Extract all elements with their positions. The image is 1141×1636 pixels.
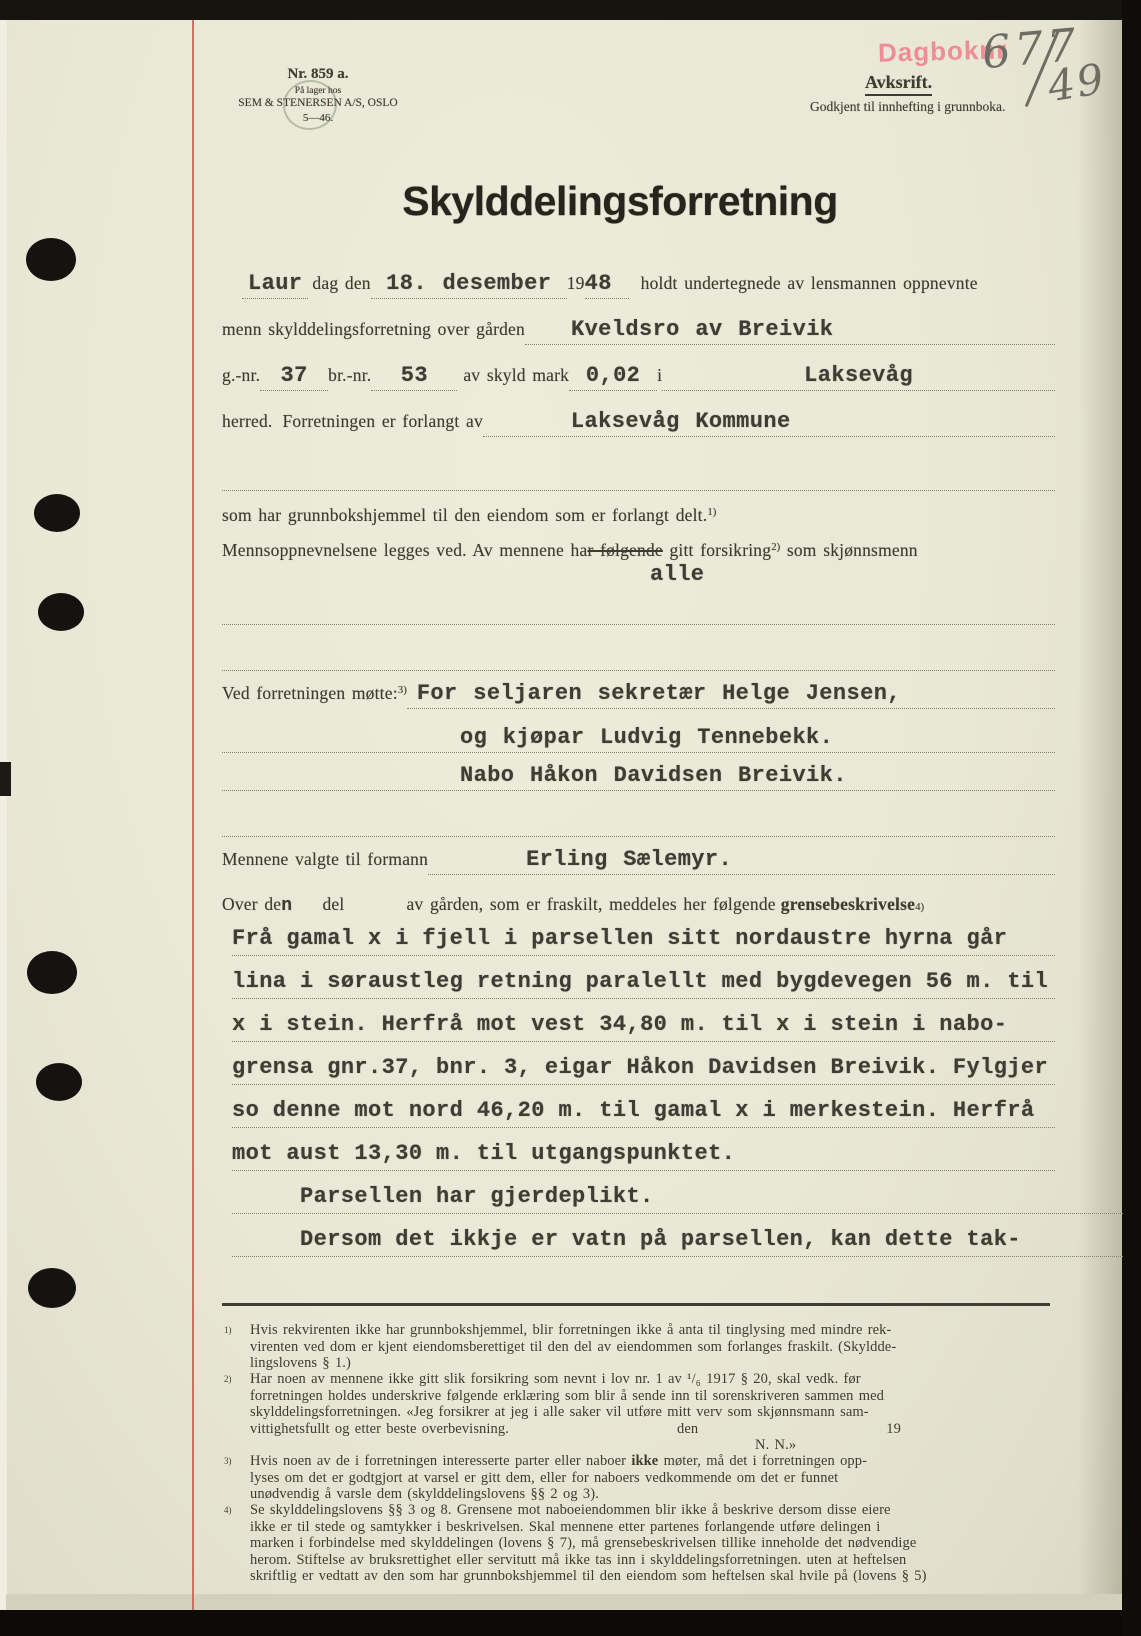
typed-foreman: Erling Sælemyr. bbox=[428, 848, 1055, 875]
footnote-line: skylddelingsforretningen. «Jeg forsikrer… bbox=[250, 1404, 1095, 1421]
punch-hole bbox=[26, 238, 76, 281]
printed-garden-label: menn skylddelingsforretning over gården bbox=[222, 319, 525, 340]
footnote-2-marker: 2) bbox=[224, 1371, 231, 1388]
footnote-separator bbox=[222, 1303, 1050, 1306]
document-title: Skylddelingsforretning bbox=[260, 178, 980, 225]
motte-text: Ved forretningen møtte: bbox=[222, 683, 398, 703]
typed-requester: Laksevåg Kommune bbox=[483, 410, 1055, 437]
footnote-line: ikke er til stede og samtykker i beskriv… bbox=[250, 1519, 1095, 1536]
binding-mark bbox=[0, 762, 11, 796]
footnote-ref-4: 4) bbox=[915, 901, 924, 913]
punch-hole bbox=[36, 1063, 82, 1101]
footnote-bold-ikke: ikke bbox=[631, 1453, 658, 1469]
typed-skyld-mark: 0,02 bbox=[569, 364, 657, 391]
footnote-1: 1) Hvis rekvirenten ikke har grunnbokshj… bbox=[222, 1322, 1095, 1372]
printed-formann-label: Mennene valgte til formann bbox=[222, 849, 428, 870]
typed-district: Laksevåg bbox=[662, 364, 1055, 391]
typed-correction-alle: alle bbox=[650, 562, 704, 587]
typed-weekday: Laur bbox=[242, 272, 308, 299]
form-row-foreman: Mennene valgte til formannErling Sælemyr… bbox=[222, 848, 1055, 875]
footnote-line: Hvis rekvirenten ikke har grunnbokshjemm… bbox=[250, 1322, 1095, 1339]
printed-motte-label: Ved forretningen møtte:3) bbox=[222, 683, 407, 704]
form-row-forsikring: Mennsoppnevnelsene legges ved. Av mennen… bbox=[222, 540, 1055, 561]
printed-forsikring-text: Mennsoppnevnelsene legges ved. Av mennen… bbox=[222, 540, 918, 561]
paper-left-edge bbox=[0, 20, 7, 1610]
blank-dotted-line bbox=[222, 644, 1055, 671]
punch-hole bbox=[38, 593, 84, 631]
paper-bottom-edge bbox=[6, 1594, 1122, 1610]
footnote-ref-3: 3) bbox=[398, 684, 407, 696]
footnote-text: møter, må det i forretningen opp- bbox=[658, 1453, 867, 1469]
punch-hole bbox=[27, 951, 77, 994]
boundary-line-3: x i stein. Herfrå mot vest 34,80 m. til … bbox=[232, 1012, 1055, 1042]
handwritten-dagbok-year: 49 bbox=[1045, 54, 1109, 111]
footnote-line: unødvendig å varsle dem (skylddelingslov… bbox=[250, 1486, 1095, 1503]
printed-dag-den: dag den bbox=[312, 273, 370, 294]
typed-year: 48 bbox=[585, 272, 629, 299]
typed-gnr: 37 bbox=[260, 364, 328, 391]
boundary-line-4: grensa gnr.37, bnr. 3, eigar Håkon David… bbox=[232, 1055, 1055, 1085]
typed-attendee-3: Nabo Håkon Davidsen Breivik. bbox=[222, 764, 1055, 791]
scan-bottom-bar bbox=[0, 1610, 1141, 1636]
footnote-19-label: 19 bbox=[886, 1421, 901, 1437]
boundary-line-2: lina i søraustleg retning paralellt med … bbox=[232, 969, 1055, 999]
footnote-4: 4) Se skylddelingslovens §§ 3 og 8. Gren… bbox=[222, 1502, 1095, 1585]
approval-note: Godkjent til innhefting i grunnboka. bbox=[810, 99, 1005, 115]
forsikring-mid: gitt forsikring bbox=[663, 540, 771, 560]
typed-date: 18. desember bbox=[371, 272, 567, 299]
form-row-grense-intro: Over dendelav gården, som er fraskilt, m… bbox=[222, 894, 1055, 916]
footnote-3: 3) Hvis noen av de i forretningen intere… bbox=[222, 1453, 1095, 1503]
footnote-den-label: den bbox=[677, 1421, 698, 1437]
printed-del: del bbox=[322, 894, 344, 915]
printed-skyld-label: av skyld mark bbox=[463, 365, 569, 386]
boundary-line-7: Parsellen har gjerdeplikt. bbox=[232, 1184, 1123, 1214]
footnote-oath-text: vittighetsfullt og etter beste overbevis… bbox=[250, 1421, 509, 1437]
form-row-hjemmel: som har grunnbokshjemmel til den eiendom… bbox=[222, 505, 1055, 526]
footnote-line: Hvis noen av de i forretningen interesse… bbox=[250, 1453, 1095, 1470]
printed-herred: herred. bbox=[222, 411, 272, 432]
footnote-ref-2: 2) bbox=[771, 541, 780, 553]
footnote-line: forretningen holdes underskrive følgende… bbox=[250, 1388, 1095, 1405]
scan-right-edge bbox=[1122, 0, 1141, 1636]
footnote-text: Hvis noen av de i forretningen interesse… bbox=[250, 1453, 631, 1469]
scanned-document-page: Nr. 859 a. På lager hos SEM & STENERSEN … bbox=[0, 0, 1141, 1636]
footnote-2: 2) Har noen av mennene ikke gitt slik fo… bbox=[222, 1371, 1095, 1454]
form-row-requester: herred.Forretningen er forlangt avLaksev… bbox=[222, 410, 1055, 437]
hjemmel-text: som har grunnbokshjemmel til den eiendom… bbox=[222, 505, 707, 525]
footnote-line: lyses om det er godtgjort at varsel er g… bbox=[250, 1470, 1095, 1487]
copy-label: Avksrift. bbox=[865, 72, 932, 96]
struck-word-folgende: r følgende bbox=[587, 540, 662, 560]
forsikring-post: som skjønnsmenn bbox=[780, 540, 917, 560]
footnote-line: skriftlig er vedtatt av den som har grun… bbox=[250, 1568, 1095, 1585]
printed-gnr-label: g.-nr. bbox=[222, 365, 260, 386]
form-row-attendees: Ved forretningen møtte:3)For seljaren se… bbox=[222, 682, 1055, 709]
printed-over-de: Over de bbox=[222, 894, 281, 915]
footnote-line: marken i forbindelse med skylddelingen (… bbox=[250, 1535, 1095, 1552]
punch-hole bbox=[34, 494, 80, 532]
typed-n: n bbox=[281, 896, 292, 916]
footnote-line: herom. Stiftelse av bruksrettighet eller… bbox=[250, 1552, 1095, 1569]
form-row-farm: menn skylddelingsforretning over gårdenK… bbox=[222, 318, 1055, 345]
footnote-ref-1: 1) bbox=[707, 506, 716, 518]
blank-dotted-line bbox=[222, 812, 1055, 837]
footnote-line-with-blanks: vittighetsfullt og etter beste overbevis… bbox=[250, 1421, 1095, 1438]
typed-attendee-2: og kjøpar Ludvig Tennebekk. bbox=[222, 726, 1055, 753]
footnote-nn-signature: N. N.» bbox=[250, 1437, 1095, 1454]
blank-dotted-line bbox=[222, 598, 1055, 625]
form-row-date: Laurdag den18. desember1948holdt underte… bbox=[222, 272, 1055, 299]
typed-bnr: 53 bbox=[371, 364, 457, 391]
scan-top-bar bbox=[0, 0, 1141, 20]
footnote-line: virenten ved dom er kjent eiendomsberett… bbox=[250, 1339, 1095, 1356]
printed-19: 19 bbox=[567, 273, 585, 294]
form-row-attendee-3: Nabo Håkon Davidsen Breivik. bbox=[222, 764, 1055, 791]
typed-farm-name: Kveldsro av Breivik bbox=[525, 318, 1055, 345]
boundary-line-6: mot aust 13,30 m. til utgangspunktet. bbox=[232, 1141, 1055, 1171]
forsikring-pre: Mennsoppnevnelsene legges ved. Av mennen… bbox=[222, 540, 587, 560]
footnote-3-marker: 3) bbox=[224, 1453, 231, 1470]
footnote-line: Har noen av mennene ikke gitt slik forsi… bbox=[250, 1371, 1095, 1388]
footnote-1-marker: 1) bbox=[224, 1322, 231, 1339]
punch-hole bbox=[28, 1268, 76, 1308]
printed-oppnevnte: holdt undertegnede av lensmannen oppnevn… bbox=[641, 273, 978, 294]
printed-bnr-label: br.-nr. bbox=[328, 365, 371, 386]
typed-attendee-1: For seljaren sekretær Helge Jensen, bbox=[407, 682, 1055, 709]
printed-forlangt-av: Forretningen er forlangt av bbox=[282, 411, 482, 432]
boundary-line-1: Frå gamal x i fjell i parsellen sitt nor… bbox=[232, 926, 1055, 956]
form-row-attendee-2: og kjøpar Ludvig Tennebekk. bbox=[222, 726, 1055, 753]
red-margin-line bbox=[192, 20, 194, 1610]
printed-hjemmel-text: som har grunnbokshjemmel til den eiendom… bbox=[222, 505, 716, 526]
blank-dotted-line bbox=[222, 462, 1055, 491]
boundary-line-5: so denne mot nord 46,20 m. til gamal x i… bbox=[232, 1098, 1055, 1128]
boundary-line-8: Dersom det ikkje er vatn på parsellen, k… bbox=[232, 1227, 1123, 1257]
printed-grensebeskrivelse: grensebeskrivelse bbox=[781, 894, 915, 915]
footnote-4-marker: 4) bbox=[224, 1502, 231, 1519]
footnote-line: lingslovens § 1.) bbox=[250, 1355, 1095, 1372]
form-row-gnr-bnr: g.-nr.37br.-nr.53av skyld mark0,02iLakse… bbox=[222, 364, 1055, 391]
footnote-line: Se skylddelingslovens §§ 3 og 8. Grensen… bbox=[250, 1502, 1095, 1519]
printed-fraskilt-text: av gården, som er fraskilt, meddeles her… bbox=[406, 894, 775, 915]
